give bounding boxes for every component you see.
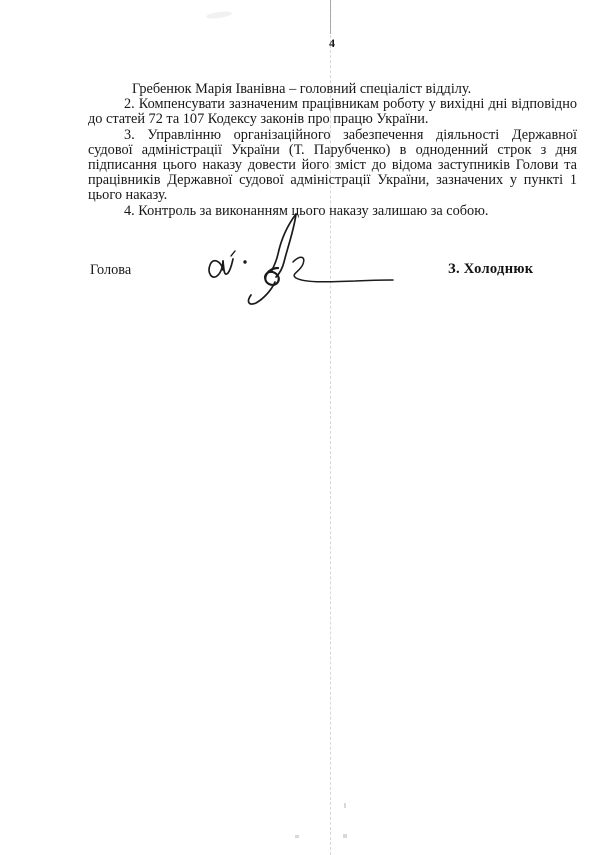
scan-speck (344, 803, 346, 808)
paragraph-item-3: 3. Управлінню організаційного забезпечен… (88, 128, 577, 204)
paragraph-item-2: 2. Компенсувати зазначеним працівникам р… (88, 97, 577, 127)
signer-name: З. Холоднюк (448, 261, 533, 278)
paragraph-officer-name: Гребенюк Марія Іванівна – головний спеці… (88, 82, 577, 97)
page-number: 4 (322, 36, 342, 51)
scan-speck (343, 834, 347, 838)
scan-fold-line-top-segment (330, 0, 331, 34)
scan-smudge (206, 10, 233, 20)
scanned-document-page: 4 Гребенюк Марія Іванівна – головний спе… (0, 0, 612, 855)
scan-speck (295, 835, 299, 838)
handwritten-signature-icon (195, 210, 405, 310)
paragraph-item-4: 4. Контроль за виконанням цього наказу з… (88, 204, 577, 219)
document-body: Гребенюк Марія Іванівна – головний спеці… (88, 82, 577, 219)
signer-title: Голова (90, 262, 131, 279)
